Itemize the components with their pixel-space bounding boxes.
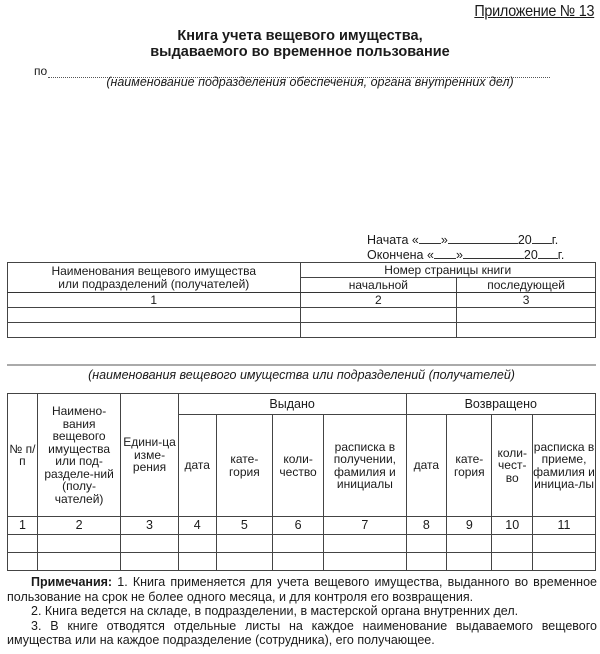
ledger-header-num: № п/п <box>8 394 38 517</box>
section-divider <box>7 364 596 366</box>
index-colnum-3: 3 <box>457 293 596 308</box>
ledger-colnum: 4 <box>178 517 216 535</box>
ledger-cell[interactable] <box>121 535 178 553</box>
index-cell[interactable] <box>300 308 457 323</box>
ledger-header-returned-receipt: расписка в приеме, фамилия и инициа-лы <box>533 415 596 517</box>
ledger-colnum: 11 <box>533 517 596 535</box>
started-month-field[interactable] <box>448 232 518 244</box>
ledger-colnum: 9 <box>447 517 492 535</box>
note-1: Примечания: 1. Книга применяется для уче… <box>7 575 597 604</box>
index-cell[interactable] <box>8 323 301 338</box>
ledger-header-name: Наимено-вания вещевого имущества или под… <box>37 394 121 517</box>
ledger-cell[interactable] <box>533 553 596 571</box>
started-row: Начата «»20г. <box>367 232 564 247</box>
started-year-field[interactable] <box>532 232 552 244</box>
ended-day-field[interactable] <box>434 247 456 259</box>
title-line-2: выдаваемого во временное пользование <box>0 44 600 60</box>
ledger-cell[interactable] <box>216 553 272 571</box>
po-caption: (наименование подразделения обеспечения,… <box>40 75 580 89</box>
ledger-column-numbers: 1 2 3 4 5 6 7 8 9 10 11 <box>8 517 596 535</box>
ledger-cell[interactable] <box>492 553 533 571</box>
ledger-cell[interactable] <box>37 553 121 571</box>
ledger-colnum: 2 <box>37 517 121 535</box>
note-2: 2. Книга ведется на складе, в подразделе… <box>7 604 597 619</box>
ledger-cell[interactable] <box>447 553 492 571</box>
ledger-header-returned-qty: коли-чест-во <box>492 415 533 517</box>
ledger-cell[interactable] <box>324 535 406 553</box>
ledger-cell[interactable] <box>121 553 178 571</box>
ledger-table: № п/п Наимено-вания вещевого имущества и… <box>7 393 596 571</box>
ledger-colnum: 3 <box>121 517 178 535</box>
ledger-cell[interactable] <box>533 535 596 553</box>
ledger-colnum: 6 <box>272 517 323 535</box>
ledger-cell[interactable] <box>8 535 38 553</box>
ledger-header-issued-category: кате-гория <box>216 415 272 517</box>
ledger-cell[interactable] <box>492 535 533 553</box>
index-colnum-1: 1 <box>8 293 301 308</box>
started-day-field[interactable] <box>419 232 441 244</box>
ledger-cell[interactable] <box>406 535 447 553</box>
index-colnum-2: 2 <box>300 293 457 308</box>
title-line-1: Книга учета вещевого имущества, <box>0 28 600 44</box>
ledger-cell[interactable] <box>8 553 38 571</box>
ledger-colnum: 8 <box>406 517 447 535</box>
ledger-header-issued-receipt: расписка в получении, фамилия и инициалы <box>324 415 406 517</box>
ledger-cell[interactable] <box>272 535 323 553</box>
ledger-colnum: 7 <box>324 517 406 535</box>
index-cell[interactable] <box>457 308 596 323</box>
notes-block: Примечания: 1. Книга применяется для уче… <box>7 575 597 648</box>
ledger-cell[interactable] <box>272 553 323 571</box>
ledger-row <box>8 535 596 553</box>
ledger-colnum: 5 <box>216 517 272 535</box>
ledger-header-issued: Выдано <box>178 394 406 415</box>
ledger-header-issued-date: дата <box>178 415 216 517</box>
ledger-header-returned-date: дата <box>406 415 447 517</box>
index-header-page-group: Номер страницы книги <box>300 263 595 278</box>
section-caption: (наименования вещевого имущества или под… <box>7 368 596 382</box>
document-title: Книга учета вещевого имущества, выдаваем… <box>0 28 600 60</box>
date-block: Начата «»20г. Окончена «»20г. <box>367 232 564 262</box>
index-row <box>8 308 596 323</box>
ledger-header-issued-qty: коли-чество <box>272 415 323 517</box>
notes-label: Примечания: <box>31 575 112 589</box>
ledger-header-returned: Возвращено <box>406 394 595 415</box>
ledger-cell[interactable] <box>178 535 216 553</box>
index-cell[interactable] <box>457 323 596 338</box>
index-cell[interactable] <box>300 323 457 338</box>
ledger-cell[interactable] <box>178 553 216 571</box>
ledger-header-unit: Едини-ца изме-рения <box>121 394 178 517</box>
ledger-row <box>8 553 596 571</box>
index-row <box>8 323 596 338</box>
ended-year-field[interactable] <box>538 247 558 259</box>
ledger-cell[interactable] <box>406 553 447 571</box>
index-table: Наименования вещевого имущества или подр… <box>7 262 596 338</box>
ledger-cell[interactable] <box>216 535 272 553</box>
ledger-cell[interactable] <box>37 535 121 553</box>
index-header-start: начальной <box>300 278 457 293</box>
ended-month-field[interactable] <box>463 247 524 259</box>
ledger-cell[interactable] <box>324 553 406 571</box>
appendix-label: Приложение № 13 <box>474 3 594 21</box>
ledger-colnum: 1 <box>8 517 38 535</box>
ledger-colnum: 10 <box>492 517 533 535</box>
note-3: 3. В книге отводятся отдельные листы на … <box>7 619 597 648</box>
ledger-cell[interactable] <box>447 535 492 553</box>
ledger-header-returned-category: кате-гория <box>447 415 492 517</box>
ended-row: Окончена «»20г. <box>367 247 564 262</box>
index-header-name: Наименования вещевого имущества или подр… <box>8 263 301 293</box>
index-cell[interactable] <box>8 308 301 323</box>
index-header-next: последующей <box>457 278 596 293</box>
